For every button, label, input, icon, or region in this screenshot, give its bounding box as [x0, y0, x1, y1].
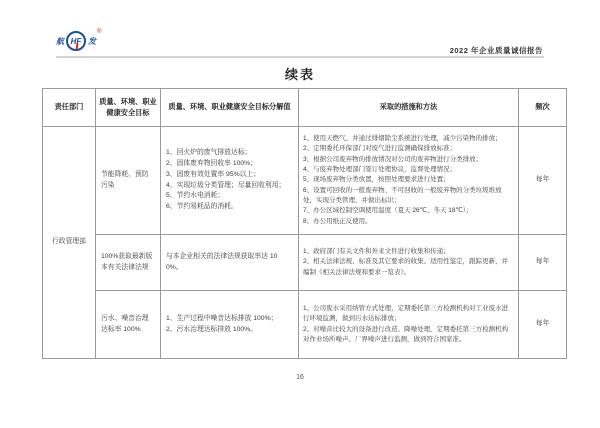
- col-header-goal: 质量、环境、职业健康安全目标: [96, 89, 161, 127]
- company-logo: 航 HF 发 ®: [56, 29, 101, 53]
- document-page: 航 HF 发 ® 2022 年企业质量诚信报告 续表 责任部门 质量、环境、职业…: [0, 0, 600, 428]
- quality-targets-table: 责任部门 质量、环境、职业健康安全目标 质量、环境、职业健康安全目标分解值 采取…: [42, 88, 567, 359]
- logo-right-text: 发: [88, 36, 96, 47]
- col-header-breakdown: 质量、环境、职业健康安全目标分解值: [161, 89, 299, 127]
- goal-cell: 100%获取最新版本有关法律法规: [96, 235, 161, 291]
- breakdown-cell: 与本企业相关的法律法规获取率达 100%。: [161, 235, 299, 291]
- goal-cell: 节能降耗、预防污染: [96, 127, 161, 235]
- breakdown-cell: 1、生产过程中噪音达标排放 100%； 2、污水治理达标排放 100%。: [161, 291, 299, 359]
- measures-cell: 1、政府部门有关文件和外来文件进行收集和传递； 2、相关法律法规、标准及其它要求…: [299, 235, 519, 291]
- table-row-regulations: 100%获取最新版本有关法律法规 与本企业相关的法律法规获取率达 100%。 1…: [43, 235, 567, 291]
- department-cell: 行政管理部: [43, 127, 96, 359]
- measures-cell: 1、使用天燃气、并通过排烟除尘系统进行处理，减少污染物的排放； 2、定期委托环保…: [299, 127, 519, 235]
- logo-hf-badge-icon: HF: [66, 31, 86, 51]
- registered-mark-icon: ®: [97, 29, 101, 35]
- table-row-energy-saving: 行政管理部 节能降耗、预防污染 1、回火炉的废气排放达标； 2、固体废弃物回收率…: [43, 127, 567, 235]
- page-footer: 16: [0, 374, 600, 381]
- page-title: 续表: [0, 64, 600, 83]
- breakdown-cell: 1、回火炉的废气排放达标； 2、固体废弃物回收率 100%； 3、固废有效处置率…: [161, 127, 299, 235]
- table-header-row: 责任部门 质量、环境、职业健康安全目标 质量、环境、职业健康安全目标分解值 采取…: [43, 89, 567, 127]
- measures-cell: 1、公司废水采用纳管方式处理，定期委托第三方检测机构对工业废水进行环境监测，做到…: [299, 291, 519, 359]
- report-title: 2022 年企业质量诚信报告: [450, 45, 543, 56]
- logo-red-accent-icon: [76, 43, 79, 50]
- frequency-cell: 每年: [519, 235, 567, 291]
- table-row-sewage-noise: 污水、噪音治理达标率 100% 1、生产过程中噪音达标排放 100%； 2、污水…: [43, 291, 567, 359]
- col-header-department: 责任部门: [43, 89, 96, 127]
- goal-cell: 污水、噪音治理达标率 100%: [96, 291, 161, 359]
- logo-left-text: 航: [56, 36, 64, 47]
- col-header-frequency: 频次: [519, 89, 567, 127]
- frequency-cell: 每年: [519, 127, 567, 235]
- col-header-measures: 采取的措施和方法: [299, 89, 519, 127]
- page-number: 16: [296, 374, 304, 381]
- frequency-cell: 每年: [519, 291, 567, 359]
- header-divider: [56, 56, 544, 58]
